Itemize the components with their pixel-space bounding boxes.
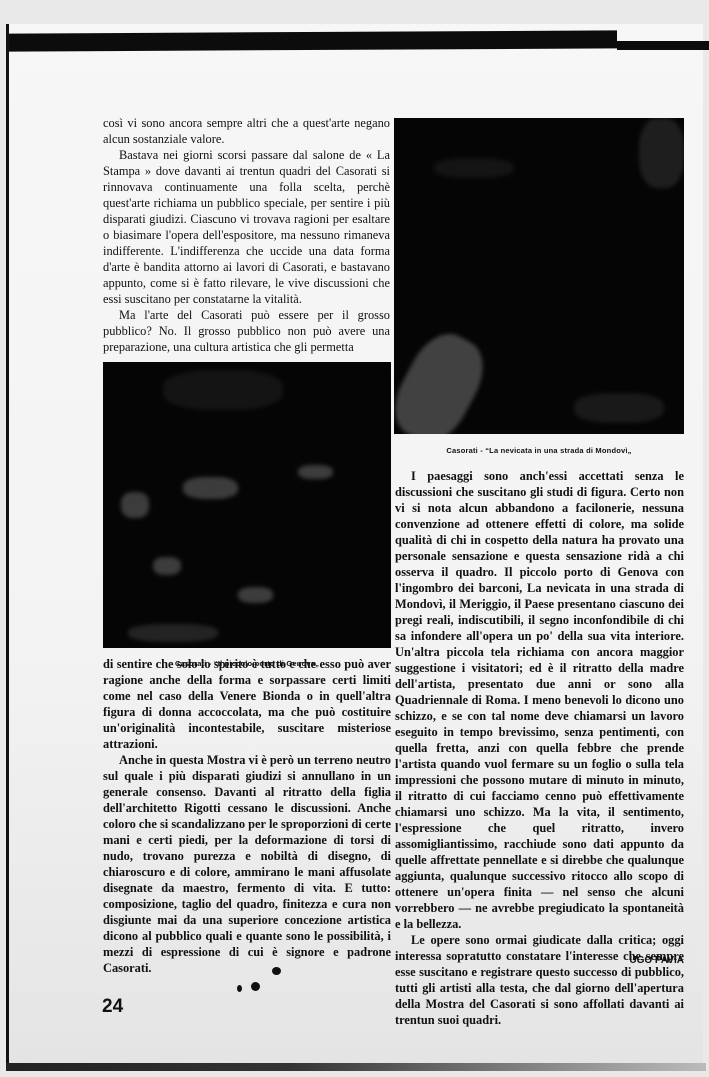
scan-top-border: [9, 30, 617, 51]
figure-caption-right: Casorati - “La nevicata in una strada di…: [394, 446, 684, 455]
article-column-left-bottom: di sentire che solo lo spirito è tutto e…: [103, 656, 391, 976]
photo-piccolo-porto-di-genova: [103, 362, 391, 648]
paragraph: Bastava nei giorni scorsi passare dal sa…: [103, 147, 390, 307]
paragraph: Anche in questa Mostra vi è però un terr…: [103, 752, 391, 976]
photo-nevicata-strada-di-mondovi: [394, 118, 684, 434]
ink-stain: [251, 982, 260, 991]
paragraph: così vi sono ancora sempre altri che a q…: [103, 115, 390, 147]
author-signature: UGO PAVIA: [560, 955, 684, 966]
paragraph: Ma l'arte del Casorati può essere per il…: [103, 307, 390, 355]
scan-top-border-right: [617, 41, 709, 50]
article-column-left-top: così vi sono ancora sempre altri che a q…: [103, 115, 390, 355]
paragraph: Le opere sono ormai giudicate dalla crit…: [395, 932, 684, 1028]
paragraph: di sentire che solo lo spirito è tutto e…: [103, 656, 391, 752]
ink-stain: [237, 985, 242, 992]
scan-bottom-border: [6, 1063, 706, 1071]
paragraph: I paesaggi sono anch'essi accettati senz…: [395, 468, 684, 932]
article-column-right: I paesaggi sono anch'essi accettati senz…: [395, 468, 684, 1028]
ink-stain: [272, 967, 281, 975]
page-number: 24: [102, 996, 123, 1018]
